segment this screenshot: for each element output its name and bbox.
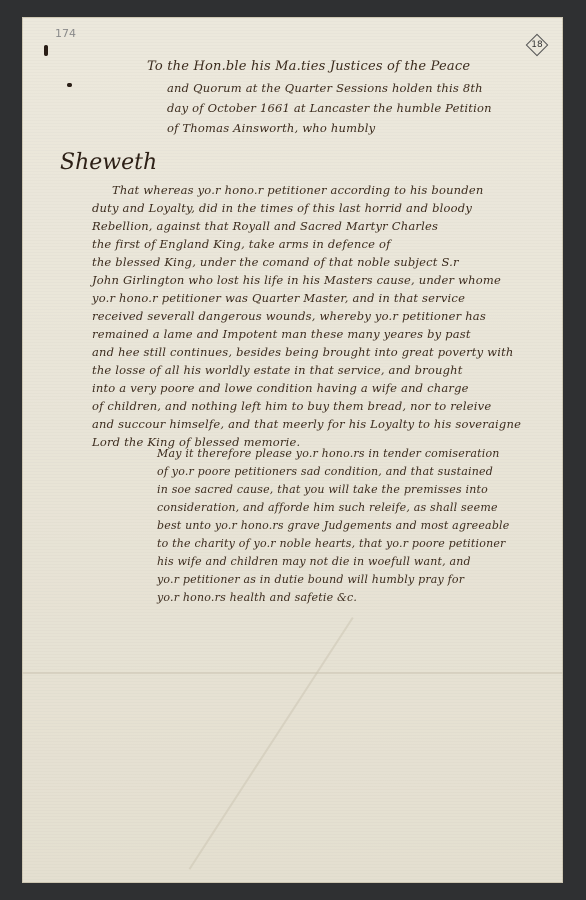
address-line: day of October 1661 at Lancaster the hum… (167, 101, 492, 115)
body-line: of children, and nothing left him to buy… (92, 399, 491, 413)
body-line: John Girlington who lost his life in his… (92, 273, 501, 287)
body-line: the first of England King, take arms in … (92, 237, 391, 251)
body-line: and succour himselfe, and that meerly fo… (92, 417, 521, 431)
address-block: To the Hon.ble his Ma.ties Justices of t… (147, 55, 557, 145)
body-line: duty and Loyalty, did in the times of th… (92, 201, 472, 215)
pencil-folio-number: 174 (55, 27, 76, 40)
address-line: To the Hon.ble his Ma.ties Justices of t… (147, 59, 470, 74)
body-line: into a very poore and lowe condition hav… (92, 381, 469, 395)
body-line: best unto yo.r hono.rs grave Judgements … (157, 519, 510, 532)
body-line: Rebellion, against that Royall and Sacre… (92, 219, 438, 233)
paper-fold-diagonal (189, 617, 354, 870)
body-line: the losse of all his worldly estate in t… (92, 363, 463, 377)
ink-blot (44, 45, 48, 56)
body-line: and hee still continues, besides being b… (92, 345, 514, 359)
body-line: yo.r hono.rs health and safetie &c. (157, 591, 357, 604)
ink-folio-number: 18 (526, 34, 549, 57)
heading-sheweth: Sheweth (60, 150, 157, 175)
body-line: remained a lame and Impotent man these m… (92, 327, 471, 341)
paper-fold-horizontal (22, 672, 563, 674)
body-line: in soe sacred cause, that you will take … (157, 483, 488, 496)
body-line: That whereas yo.r hono.r petitioner acco… (112, 183, 483, 197)
body-line: his wife and children may not die in woe… (157, 555, 471, 568)
body-line: to the charity of yo.r noble hearts, tha… (157, 537, 506, 550)
body-line: yo.r hono.r petitioner was Quarter Maste… (92, 291, 465, 305)
body-line: May it therefore please yo.r hono.rs in … (157, 447, 500, 460)
address-line: of Thomas Ainsworth, who humbly (167, 121, 375, 135)
body-line: the blessed King, under the comand of th… (92, 255, 459, 269)
manuscript-page: 174 18 To the Hon.ble his Ma.ties Justic… (22, 17, 563, 883)
ink-blot (67, 83, 72, 87)
body-line: yo.r petitioner as in dutie bound will h… (157, 573, 464, 586)
body-line: received severall dangerous wounds, wher… (92, 309, 486, 323)
body-line: consideration, and afforde him such rele… (157, 501, 498, 514)
petition-body-paragraph-2: May it therefore please yo.r hono.rs in … (157, 447, 557, 617)
address-line: and Quorum at the Quarter Sessions holde… (167, 81, 483, 95)
body-line: of yo.r poore petitioners sad condition,… (157, 465, 493, 478)
petition-body-paragraph-1: That whereas yo.r hono.r petitioner acco… (92, 183, 552, 463)
